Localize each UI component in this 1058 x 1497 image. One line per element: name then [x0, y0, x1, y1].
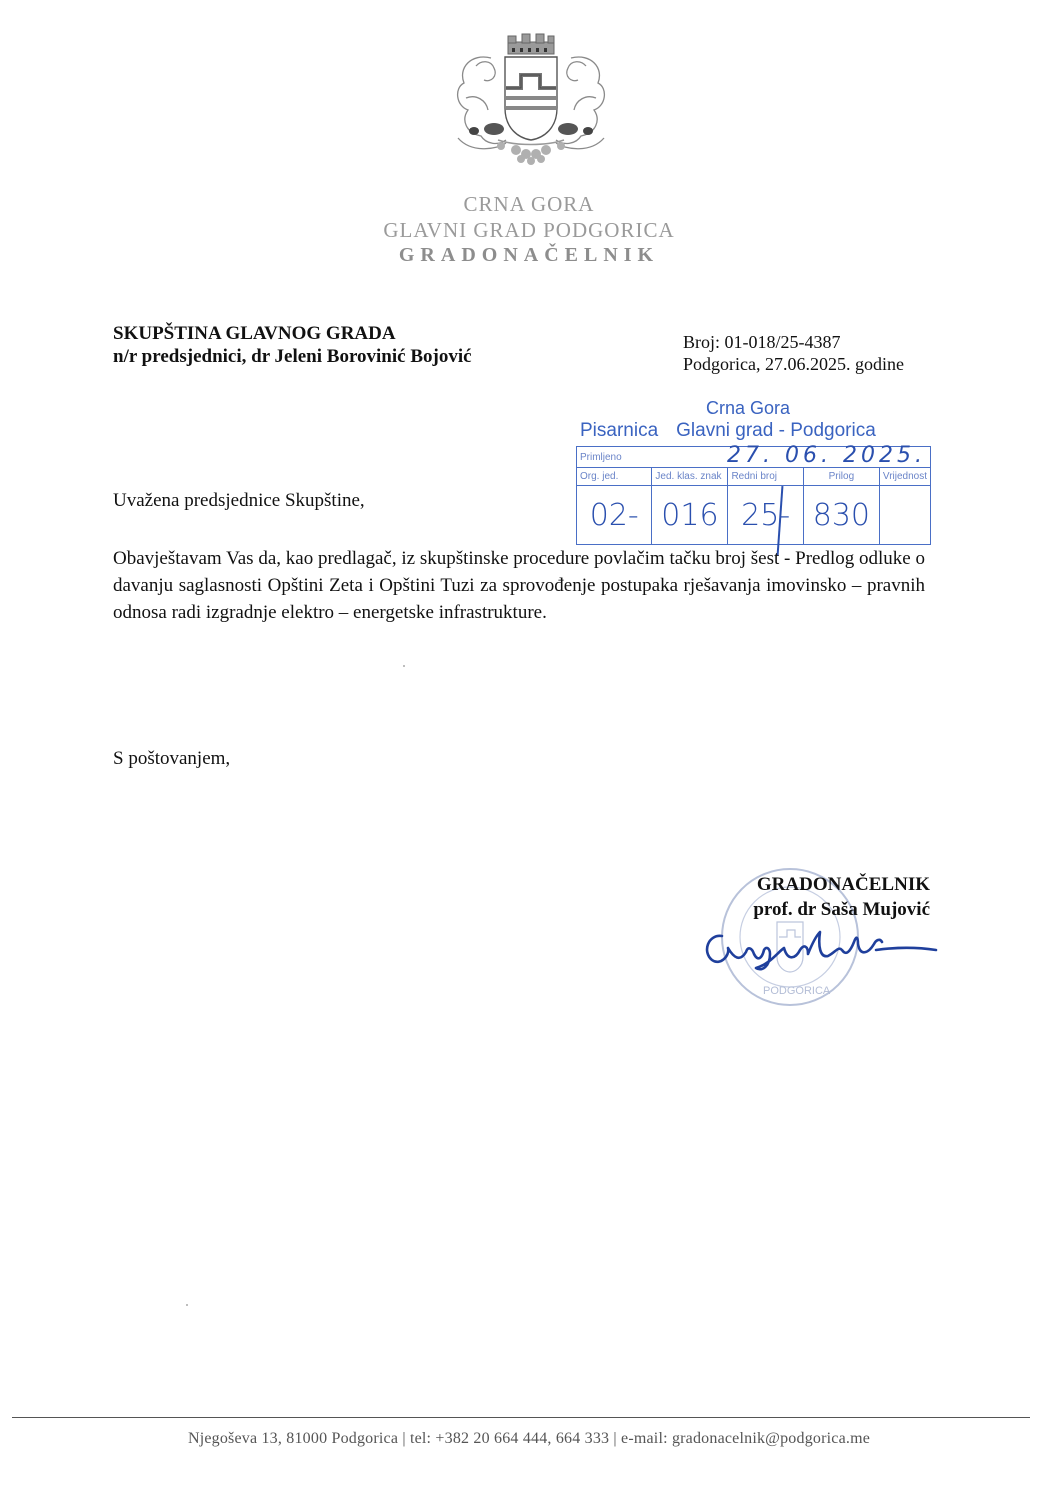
stamp-val-org: 02- [577, 486, 652, 545]
place-date: Podgorica, 27.06.2025. godine [683, 353, 904, 375]
reference-number: Broj: 01-018/25-4387 [683, 331, 904, 353]
addressee-attention: n/r predsjednici, dr Jeleni Borovinić Bo… [113, 345, 472, 368]
letter-body: Obavještavam Vas da, kao predlagač, iz s… [113, 545, 925, 626]
coat-of-arms-icon [436, 28, 626, 170]
stamp-val-klas: 016 [652, 486, 728, 545]
stamp-col-klas: Jed. klas. znak [652, 468, 728, 486]
stamp-val-vrijednost [879, 486, 930, 545]
stamp-pisarnica-label: Pisarnica [580, 420, 658, 441]
closing: S poštovanjem, [113, 748, 230, 770]
reference-block: Broj: 01-018/25-4387 Podgorica, 27.06.20… [683, 331, 904, 375]
letterhead-city: GLAVNI GRAD PODGORICA [0, 218, 1058, 243]
footer-contact: Njegoševa 13, 81000 Podgorica | tel: +38… [0, 1430, 1058, 1448]
registry-stamp: Crna Gora PisarnicaGlavni grad - Podgori… [576, 398, 936, 548]
handwritten-signature-icon [700, 922, 950, 972]
stamp-col-prilog: Prilog [803, 468, 879, 486]
stamp-col-org: Org. jed. [577, 468, 652, 486]
stamp-title-country: Crna Gora [706, 398, 790, 419]
stamp-received-label: Primljeno [580, 452, 622, 463]
stamp-table: Primljeno 27. 06. 2025. Org. jed. Jed. k… [576, 446, 931, 545]
seal-text: PODGORICA [763, 985, 831, 997]
letterhead-office: GRADONAČELNIK [0, 244, 1058, 267]
scan-speck [403, 665, 405, 667]
addressee-institution: SKUPŠTINA GLAVNOG GRADA [113, 322, 472, 345]
salutation: Uvažena predsjednice Skupštine, [113, 490, 365, 512]
addressee-block: SKUPŠTINA GLAVNOG GRADA n/r predsjednici… [113, 322, 472, 368]
stamp-val-prilog: 830 [803, 486, 879, 545]
stamp-col-redni: Redni broj [728, 468, 803, 486]
stamp-title-city: Glavni grad - Podgorica [676, 420, 876, 441]
stamp-val-redni: 25- [728, 486, 803, 545]
signatory-block: GRADONAČELNIK prof. dr Saša Mujović [700, 872, 930, 922]
letterhead-country: CRNA GORA [0, 192, 1058, 217]
stamp-received-date: 27. 06. 2025. [727, 443, 926, 468]
signatory-name: prof. dr Saša Mujović [700, 897, 930, 922]
scan-speck [186, 1304, 188, 1306]
footer-divider [12, 1417, 1030, 1418]
stamp-title-line: PisarnicaGlavni grad - Podgorica [580, 420, 876, 442]
signatory-title: GRADONAČELNIK [700, 872, 930, 897]
stamp-col-vrijednost: Vrijednost [879, 468, 930, 486]
